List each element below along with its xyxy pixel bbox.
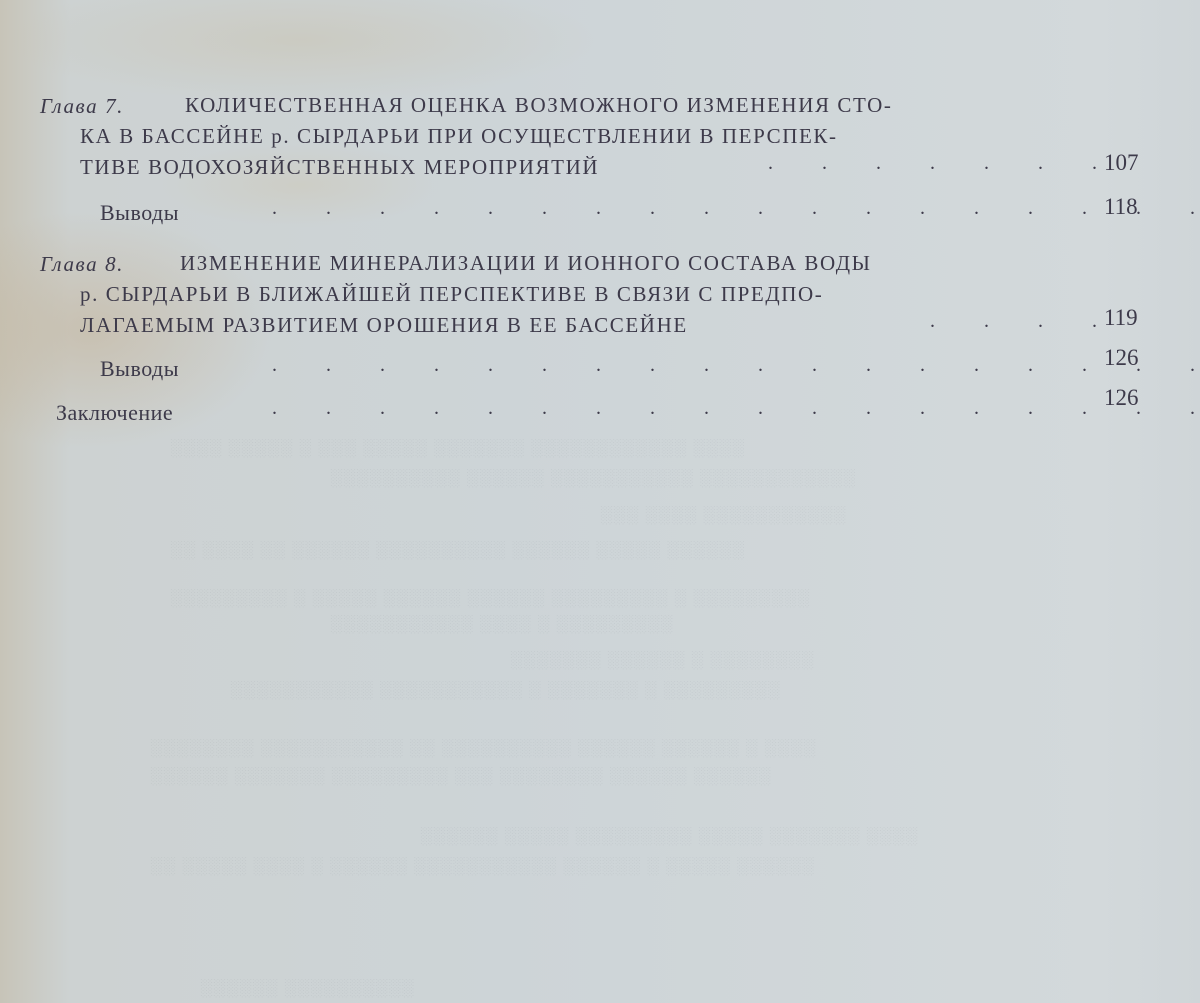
chapter-title-line-1: ИЗМЕНЕНИЕ МИНЕРАЛИЗАЦИИ И ИОННОГО СОСТАВ… <box>180 251 872 276</box>
bleed-through-text: ░░░ ░░░░ ░░░░░░░░░░░ <box>600 505 846 525</box>
chapter-title-line-2: р. СЫРДАРЬИ В БЛИЖАЙШЕЙ ПЕРСПЕКТИВЕ В СВ… <box>80 282 823 307</box>
chapter-label: Глава 8. <box>40 252 124 277</box>
chapter-title-line-1: КОЛИЧЕСТВЕННАЯ ОЦЕНКА ВОЗМОЖНОГО ИЗМЕНЕН… <box>185 93 893 118</box>
bleed-through-text: ░░░░░░░░░░░ ░░░░ ░ ░░░░░░░░░ <box>330 614 673 634</box>
chapter-title-line-3: ТИВЕ ВОДОХОЗЯЙСТВЕННЫХ МЕРОПРИЯТИЙ <box>80 155 599 180</box>
bleed-through-text: ░░░░░░░ ░░░░░░ ░ ░░░░░░░░ <box>510 650 814 670</box>
dot-leader: . . . . . . . . . . . . . . . . . . . . <box>272 197 1200 220</box>
chapter-label: Глава 7. <box>40 94 124 119</box>
dot-leader: . . . . . . . . . . . . . . . . . . . . <box>272 397 1200 420</box>
page-number: 119 <box>1104 305 1138 331</box>
bleed-through-text: ░░ ░░░░░ ░░░░ ░ ░░░░░░ ░░░░░░░░░░░ ░░░░░… <box>150 856 815 876</box>
chapter-title-line-2: КА В БАССЕЙНЕ р. СЫРДАРЬИ ПРИ ОСУЩЕСТВЛЕ… <box>80 124 838 149</box>
entry-label: Выводы <box>100 356 179 382</box>
dot-leader: . . . . <box>930 310 1119 333</box>
bleed-through-text: ░░░░░░ ░░░░░░░░░░ <box>200 978 414 998</box>
entry-label: Заключение <box>56 400 173 426</box>
dot-leader: . . . . . . . <box>768 152 1119 175</box>
entry-label: Выводы <box>100 200 179 226</box>
bleed-through-text: ░░░░░░░░░░ ░░░░░░ ░░░░░░░░░░░ ░░░░░░░░░░… <box>330 468 856 488</box>
bleed-through-text: ░░░░ ░░░░░ ░ ░░░ ░░░░░ ░░░░░░░ ░░░░░░░░░… <box>170 438 745 458</box>
chapter-title-line-3: ЛАГАЕМЫМ РАЗВИТИЕМ ОРОШЕНИЯ В ЕЕ БАССЕЙН… <box>80 313 688 338</box>
page-number: 107 <box>1104 150 1139 176</box>
page-number: 126 <box>1104 345 1139 371</box>
bleed-through-text: ░░░░░░░░ ░░░░░░░░░░░ ░░ ░░░░░░░░░░ ░░░░░… <box>150 738 816 758</box>
scanned-page: ░░░░ ░░░░░ ░ ░░░ ░░░░░ ░░░░░░░ ░░░░░░░░░… <box>0 0 1200 1003</box>
page-number: 126 <box>1104 385 1139 411</box>
bleed-through-text: ░░░░░░░░░ ░ ░░░░░ ░░░░░░ ░░░░░░ ░░░░░░░░… <box>170 588 810 608</box>
page-number: 118 <box>1104 194 1138 220</box>
dot-leader: . . . . . . . . . . . . . . . . . . . . <box>272 354 1200 377</box>
bleed-through-text: ░░ ░░░░ ░░ ░░░░░░ ░░░░░░░░░░ ░░░░░░ ░░░░… <box>170 540 745 560</box>
bleed-through-text: ░░░░░░░░░░░ ░░░░░░░░░░░ ░ ░░░░░░░ ░ ░░░░… <box>230 680 780 700</box>
bleed-through-text: ░░░░░░ ░░░░░ ░░░░░░░░░ ░░░░░ ░░░░░░░ ░░░… <box>420 826 918 846</box>
bleed-through-text: ░░░░░░ ░░░░░░░ ░░░░░░░░░ ░░░ ░░░░░░░░ ░░… <box>150 766 771 786</box>
